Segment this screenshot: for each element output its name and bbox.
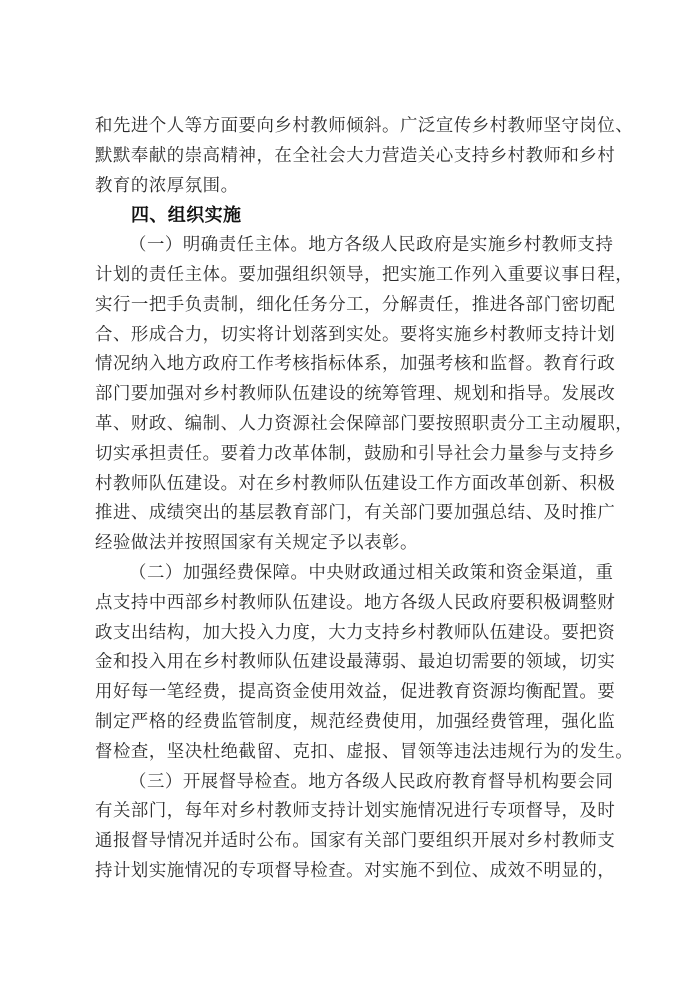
text-line: 金和投入用在乡村教师队伍建设最薄弱、最迫切需要的领域，切实 [95, 648, 601, 678]
text-line: 持计划实施情况的专项督导检查。对实施不到位、成效不明显的， [95, 857, 601, 887]
text-line: 督检查，坚决杜绝截留、克扣、虚报、冒领等违法违规行为的发生。 [95, 738, 601, 768]
text-line: 革、财政、编制、人力资源社会保障部门要按照职责分工主动履职， [95, 410, 601, 440]
text-line: 通报督导情况并适时公布。国家有关部门要组织开展对乡村教师支 [95, 827, 601, 857]
text-line: （二）加强经费保障。中央财政通过相关政策和资金渠道，重 [95, 559, 601, 589]
text-line: （三）开展督导检查。地方各级人民政府教育督导机构要会同 [95, 768, 601, 798]
text-line: 政支出结构，加大投入力度，大力支持乡村教师队伍建设。要把资 [95, 619, 601, 649]
text-line: 制定严格的经费监管制度，规范经费使用，加强经费管理，强化监 [95, 708, 601, 738]
continuation-paragraph: 和先进个人等方面要向乡村教师倾斜。广泛宣传乡村教师坚守岗位、 默默奉献的崇高精神… [95, 112, 601, 201]
text-line: 计划的责任主体。要加强组织领导，把实施工作列入重要议事日程， [95, 261, 601, 291]
text-line: 部门要加强对乡村教师队伍建设的统筹管理、规划和指导。发展改 [95, 380, 601, 410]
text-line: 村教师队伍建设。对在乡村教师队伍建设工作方面改革创新、积极 [95, 470, 601, 500]
text-line: 切实承担责任。要着力改革体制，鼓励和引导社会力量参与支持乡 [95, 440, 601, 470]
paragraph-inspection: （三）开展督导检查。地方各级人民政府教育督导机构要会同 有关部门，每年对乡村教师… [95, 768, 601, 887]
section-heading: 四、组织实施 [95, 201, 601, 231]
text-line: 教育的浓厚氛围。 [95, 172, 601, 202]
text-line: 点支持中西部乡村教师队伍建设。地方各级人民政府要积极调整财 [95, 589, 601, 619]
document-page: 和先进个人等方面要向乡村教师倾斜。广泛宣传乡村教师坚守岗位、 默默奉献的崇高精神… [95, 112, 601, 887]
text-line: 情况纳入地方政府工作考核指标体系，加强考核和监督。教育行政 [95, 350, 601, 380]
paragraph-funding: （二）加强经费保障。中央财政通过相关政策和资金渠道，重 点支持中西部乡村教师队伍… [95, 559, 601, 768]
text-line: 默默奉献的崇高精神，在全社会大力营造关心支持乡村教师和乡村 [95, 142, 601, 172]
text-line: 经验做法并按照国家有关规定予以表彰。 [95, 529, 601, 559]
text-line: 用好每一笔经费，提高资金使用效益，促进教育资源均衡配置。要 [95, 678, 601, 708]
text-line: 推进、成绩突出的基层教育部门，有关部门要加强总结、及时推广 [95, 499, 601, 529]
text-line: 实行一把手负责制，细化任务分工，分解责任，推进各部门密切配 [95, 291, 601, 321]
text-line: 和先进个人等方面要向乡村教师倾斜。广泛宣传乡村教师坚守岗位、 [95, 112, 601, 142]
text-line: 有关部门，每年对乡村教师支持计划实施情况进行专项督导，及时 [95, 797, 601, 827]
text-line: （一）明确责任主体。地方各级人民政府是实施乡村教师支持 [95, 231, 601, 261]
paragraph-responsibility: （一）明确责任主体。地方各级人民政府是实施乡村教师支持 计划的责任主体。要加强组… [95, 231, 601, 559]
text-line: 合、形成合力，切实将计划落到实处。要将实施乡村教师支持计划 [95, 321, 601, 351]
